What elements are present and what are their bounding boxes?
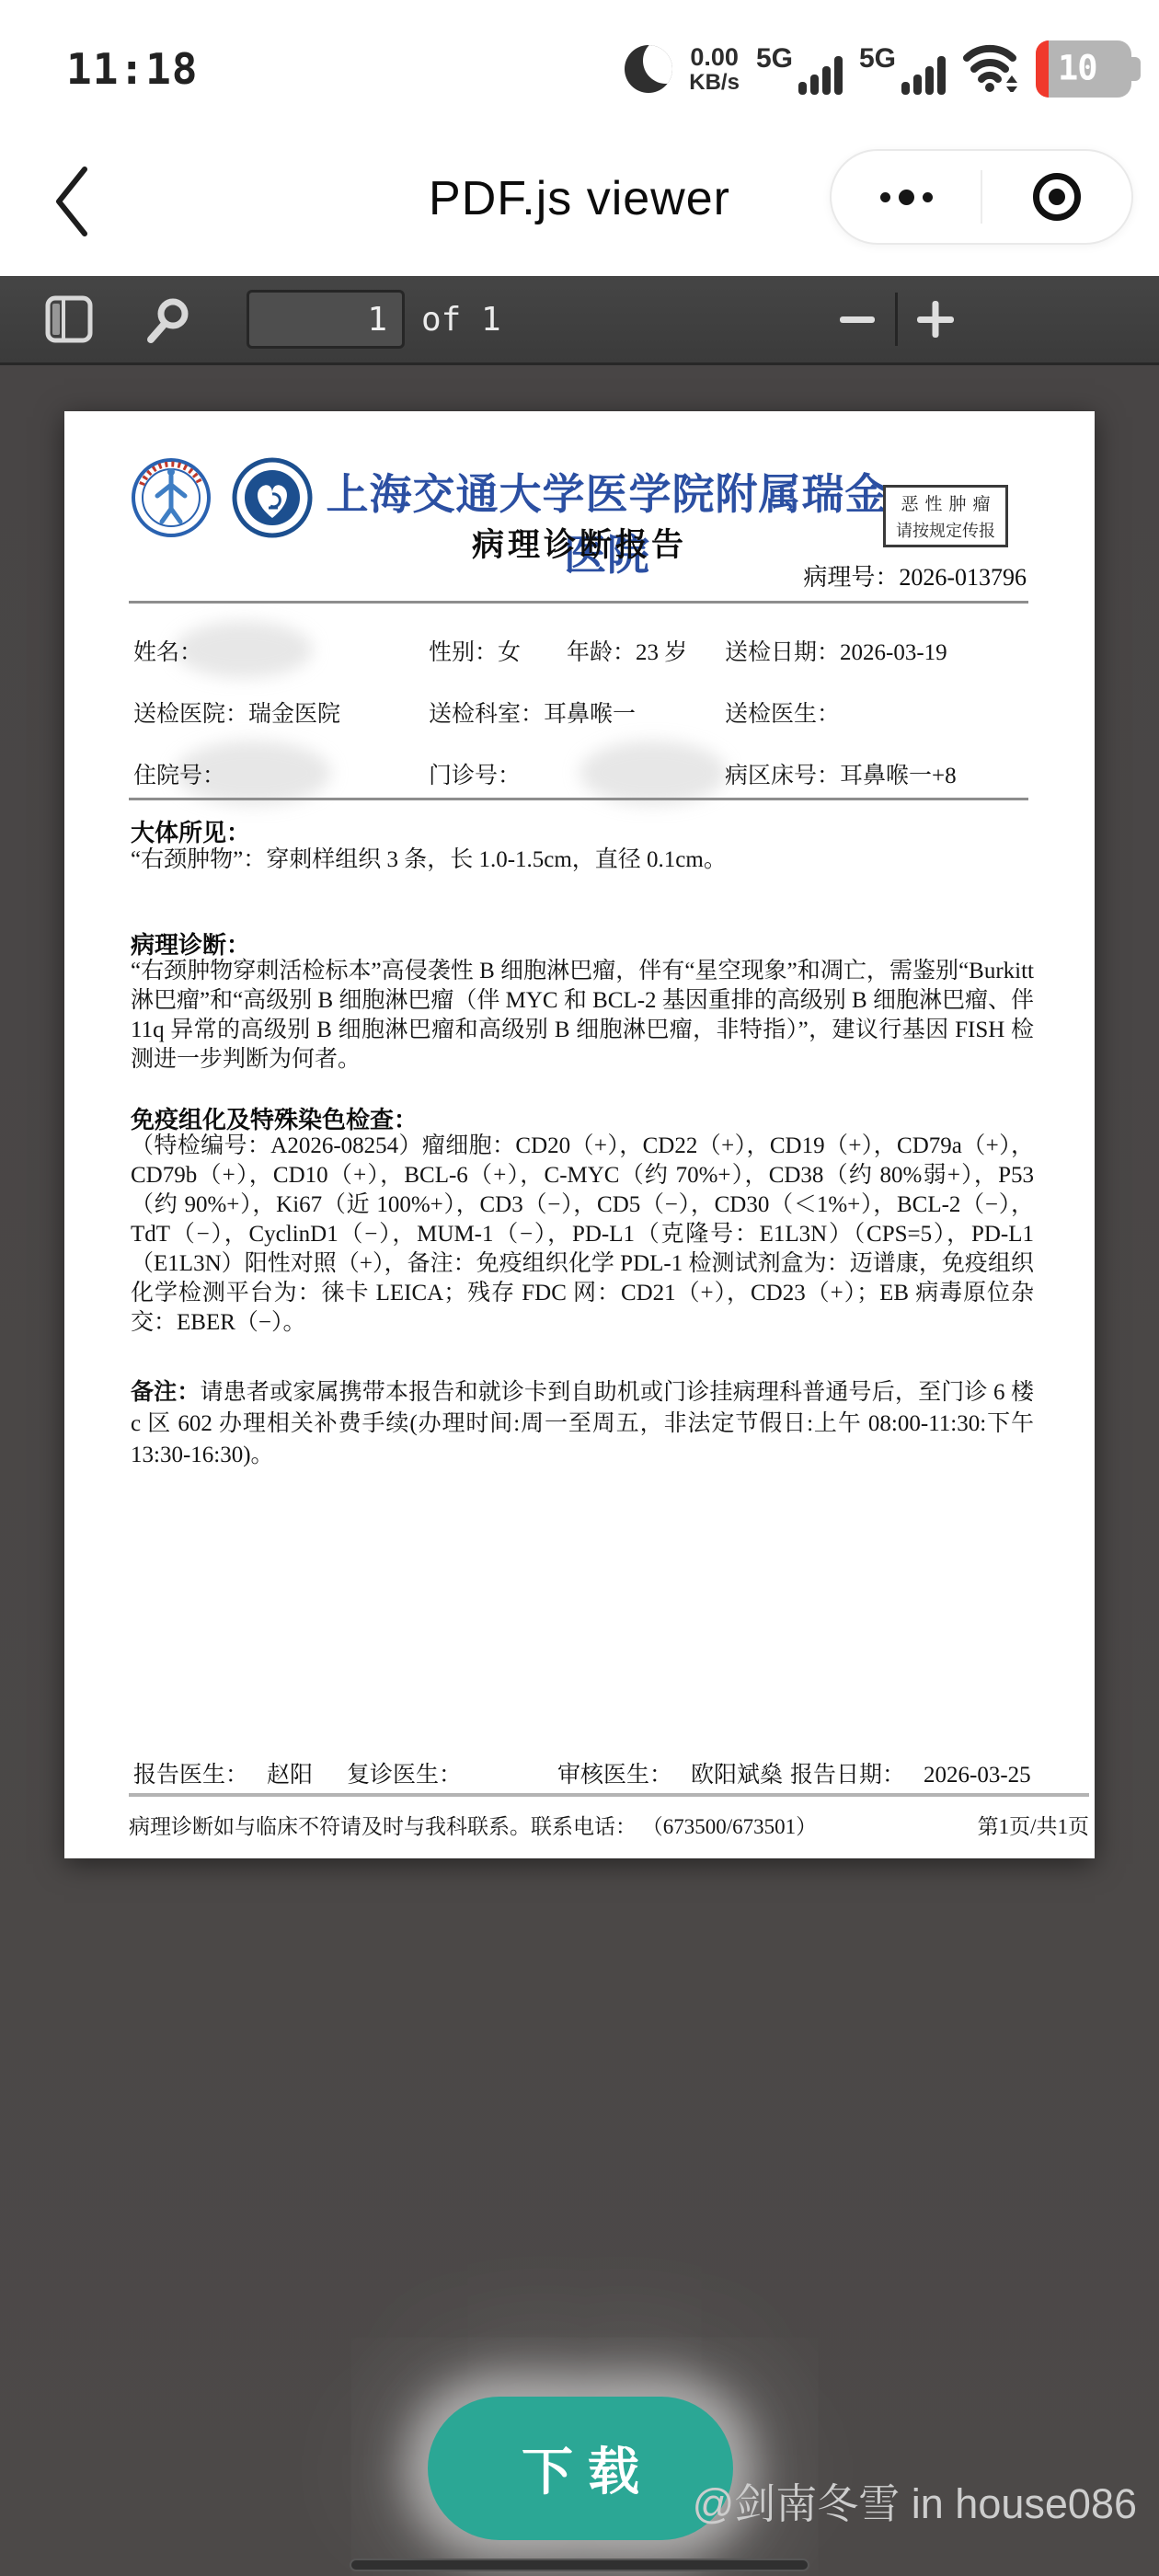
zoom-out-button[interactable]	[825, 287, 889, 351]
footer-row: 病理诊断如与临床不符请及时与我科联系。联系电话： （673500/673501）…	[129, 1810, 1089, 1840]
remark-text: 请患者或家属携带本报告和就诊卡到自助机或门诊挂病理科普通号后，至门诊 6 楼 c…	[131, 1380, 1034, 1467]
home-indicator-bar	[350, 2559, 809, 2571]
footer-divider	[129, 1793, 1089, 1797]
status-icons: 0.00 KB/s 5G 5G 10	[625, 40, 1131, 98]
sim1-label: 5G	[756, 43, 793, 75]
net-speed-unit: KB/s	[689, 71, 740, 94]
circle-dot-icon	[1033, 173, 1081, 221]
report-doctor-field: 报告医生：赵阳	[133, 1756, 313, 1789]
review-doctor-field: 复诊医生：	[347, 1756, 462, 1789]
search-button[interactable]	[142, 293, 193, 345]
stamp-line2: 请按规定传报	[896, 518, 995, 542]
name-field: 姓名：	[133, 634, 202, 667]
outpatient-no-field: 门诊号：	[429, 757, 521, 790]
app-header: PDF.js viewer	[0, 129, 1159, 276]
network-speed: 0.00 KB/s	[689, 44, 740, 94]
ihc-text: （特检编号：A2026-08254）瘤细胞：CD20（+），CD22（+），CD…	[131, 1132, 1034, 1338]
page-number-input[interactable]	[247, 290, 405, 349]
send-doctor-field: 送检医生：	[725, 696, 840, 729]
page-info: 第1页/共1页	[978, 1810, 1089, 1840]
remark-paragraph: 备注：请患者或家属携带本报告和就诊卡到自助机或门诊挂病理科普通号后，至门诊 6 …	[131, 1377, 1034, 1471]
ward-bed-field: 病区床号：耳鼻喉一+8	[725, 757, 957, 790]
sim1-bars	[798, 51, 843, 95]
info-row-1: 姓名： 性别：女 年龄：23 岁 送检日期：2026-03-19	[64, 634, 1095, 663]
battery-icon: 10	[1036, 40, 1131, 98]
gross-findings-text: “右颈肿物”：穿刺样组织 3 条，长 1.0-1.5cm，直径 0.1cm。	[131, 845, 1034, 875]
pathology-number: 病理号：2026-013796	[803, 558, 1027, 592]
send-hospital-field: 送检医院：瑞金医院	[133, 696, 340, 729]
divider-top	[129, 601, 1028, 604]
sim2-label: 5G	[859, 43, 896, 75]
more-options-button[interactable]	[832, 151, 981, 243]
info-row-3: 住院号： 门诊号： 病区床号：耳鼻喉一+8	[64, 757, 1095, 787]
send-date-field: 送检日期：2026-03-19	[725, 634, 947, 667]
report-page: 上海交通大学医学院附属瑞金医院 病理诊断报告 恶性肿瘤 请按规定传报 病理号：2…	[64, 411, 1095, 1858]
close-minimize-button[interactable]	[982, 151, 1131, 243]
pdf-viewer-area[interactable]: 上海交通大学医学院附属瑞金医院 病理诊断报告 恶性肿瘤 请按规定传报 病理号：2…	[0, 365, 1159, 2576]
sidebar-icon	[44, 294, 94, 344]
report-date-field: 报告日期：2026-03-25	[790, 1756, 1031, 1789]
net-speed-value: 0.00	[690, 44, 739, 70]
battery-low-fill	[1036, 40, 1049, 98]
sim2-bars	[901, 51, 946, 95]
ihc-heading: 免疫组化及特殊染色检查：	[131, 1101, 418, 1135]
contact-note: 病理诊断如与临床不符请及时与我科联系。联系电话： （673500/673501）	[129, 1810, 817, 1840]
sim2-signal-icon: 5G	[859, 43, 946, 95]
toolbar-divider	[895, 293, 898, 346]
do-not-disturb-moon-icon	[625, 45, 672, 93]
stamp-line1: 恶性肿瘤	[901, 490, 996, 515]
remark-label: 备注：	[131, 1380, 201, 1405]
watermark: @剑南冬雪 in house086	[693, 2470, 1137, 2530]
battery-nub	[1131, 57, 1141, 81]
signature-row: 报告医生：赵阳 复诊医生： 审核医生：欧阳斌燊 报告日期：2026-03-25	[64, 1756, 1095, 1788]
gender-field: 性别：女	[429, 634, 521, 667]
search-icon	[142, 293, 193, 345]
clock: 11:18	[66, 44, 198, 94]
gross-findings-heading: 大体所见：	[131, 814, 250, 848]
status-bar: 11:18 0.00 KB/s 5G 5G 10	[0, 0, 1159, 129]
more-dots-icon	[880, 190, 933, 205]
page-count-label: of 1	[421, 301, 501, 339]
zoom-in-button[interactable]	[903, 287, 968, 351]
miniprogram-capsule	[830, 149, 1133, 245]
diagnosis-heading: 病理诊断：	[131, 926, 250, 960]
audit-doctor-field: 审核医生：欧阳斌燊	[557, 1756, 783, 1789]
malignant-tumor-stamp: 恶性肿瘤 请按规定传报	[883, 485, 1008, 547]
send-dept-field: 送检科室：耳鼻喉一	[429, 696, 636, 729]
info-row-2: 送检医院：瑞金医院 送检科室：耳鼻喉一 送检医生：	[64, 696, 1095, 725]
pdfjs-toolbar: of 1	[0, 276, 1159, 365]
toggle-sidebar-button[interactable]	[44, 294, 94, 344]
inpatient-no-field: 住院号：	[133, 757, 225, 790]
wifi-icon	[962, 42, 1019, 92]
diagnosis-text: “右颈肿物穿刺活检标本”高侵袭性 B 细胞淋巴瘤，伴有“星空现象”和凋亡，需鉴别…	[131, 957, 1034, 1075]
battery-percent: 10	[1058, 49, 1097, 88]
download-button[interactable]: 下载	[428, 2397, 733, 2540]
age-field: 年龄：23 岁	[567, 634, 687, 667]
sim1-signal-icon: 5G	[756, 43, 843, 95]
minus-icon	[840, 316, 875, 323]
divider-info-bottom	[129, 798, 1028, 800]
